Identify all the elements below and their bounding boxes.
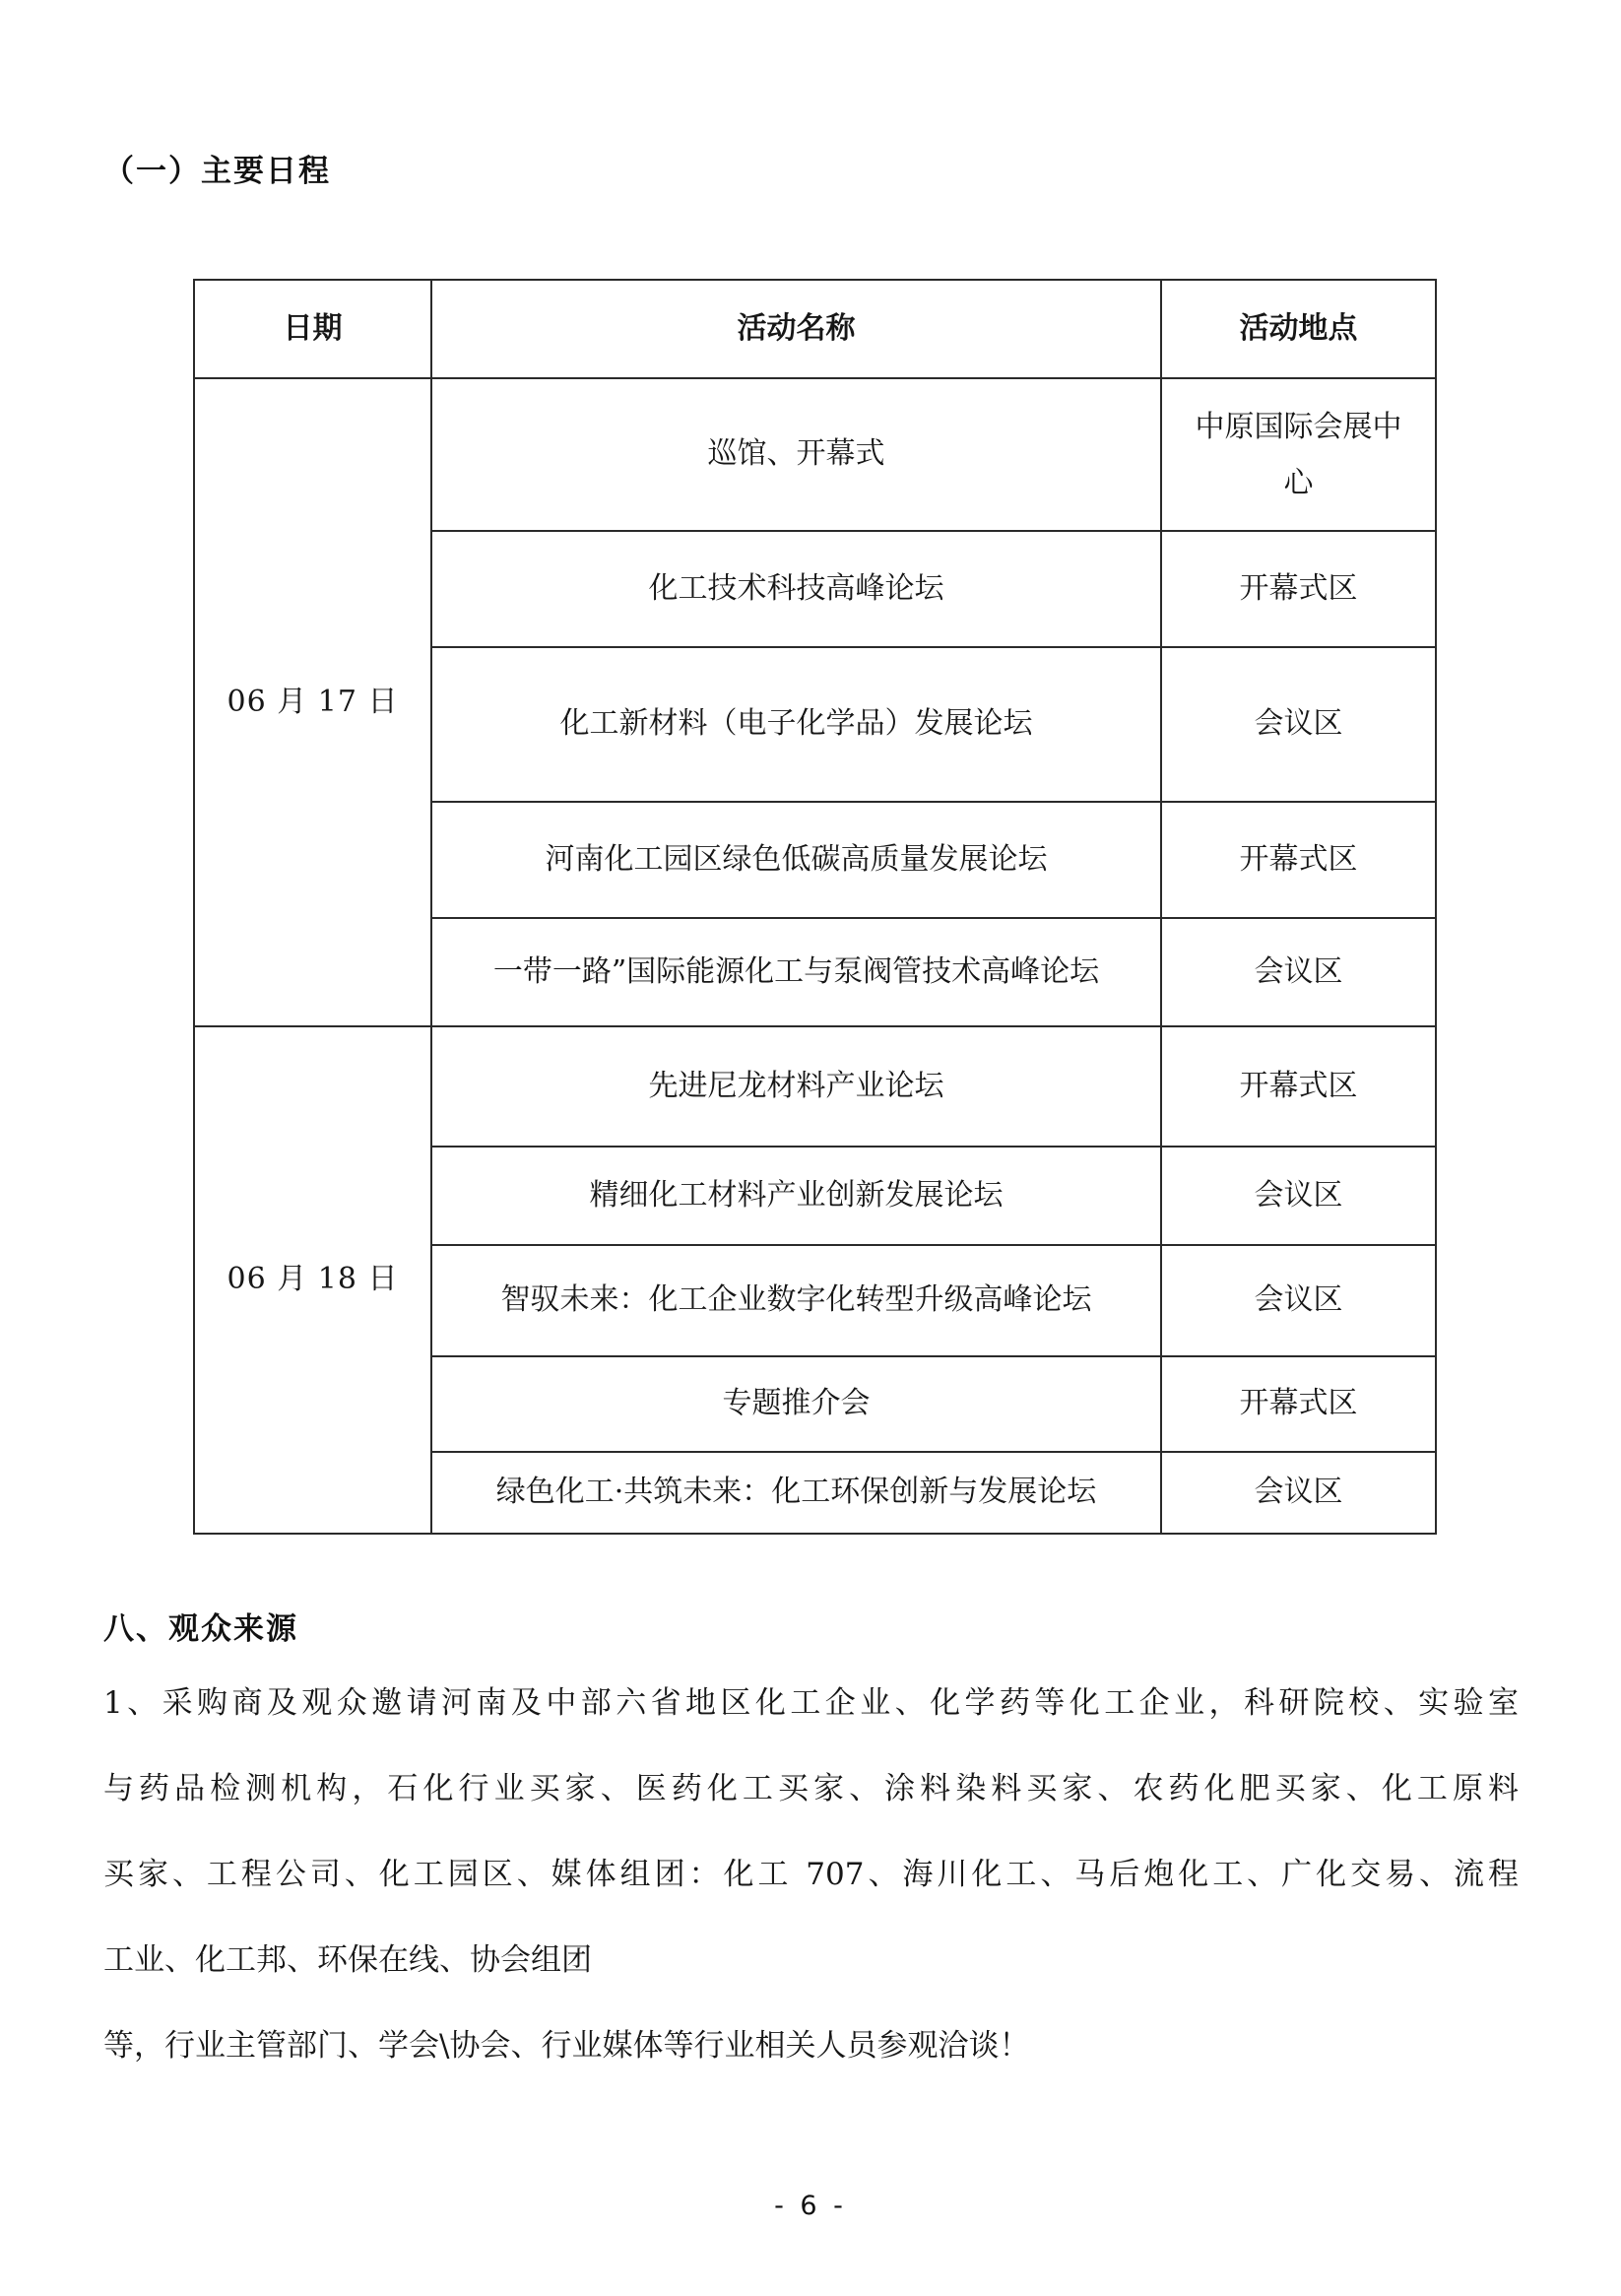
location-text: 中原国际会展中心 [1185,399,1413,511]
activity-cell: 化工新材料（电子化学品）发展论坛 [431,647,1161,802]
location-cell: 开幕式区 [1161,1026,1436,1147]
location-cell: 会议区 [1161,918,1436,1026]
paragraph-line: 工业、化工邦、环保在线、协会组团 [103,1937,1519,2023]
activity-cell: 绿色化工·共筑未来：化工环保创新与发展论坛 [431,1452,1161,1534]
table-row: 06 月 17 日 巡馆、开幕式 中原国际会展中心 [194,378,1436,531]
col-header-activity: 活动名称 [431,280,1161,378]
table-header-row: 日期 活动名称 活动地点 [194,280,1436,378]
activity-cell: 智驭未来：化工企业数字化转型升级高峰论坛 [431,1245,1161,1356]
col-header-location: 活动地点 [1161,280,1436,378]
location-cell: 会议区 [1161,1452,1436,1534]
activity-cell: 专题推介会 [431,1356,1161,1452]
activity-cell: 巡馆、开幕式 [431,378,1161,531]
activity-cell: 精细化工材料产业创新发展论坛 [431,1147,1161,1245]
location-cell: 中原国际会展中心 [1161,378,1436,531]
col-header-date: 日期 [194,280,431,378]
date-cell-jun17: 06 月 17 日 [194,378,431,1026]
activity-cell: 河南化工园区绿色低碳高质量发展论坛 [431,802,1161,918]
date-cell-jun18: 06 月 18 日 [194,1026,431,1534]
paragraph-line: 买家、工程公司、化工园区、媒体组团：化工 707、海川化工、马后炮化工、广化交易… [103,1852,1519,1937]
activity-cell: 一带一路”国际能源化工与泵阀管技术高峰论坛 [431,918,1161,1026]
paragraph-line: 等，行业主管部门、学会\协会、行业媒体等行业相关人员参观洽谈！ [103,2023,1519,2109]
location-cell: 开幕式区 [1161,802,1436,918]
location-cell: 会议区 [1161,1245,1436,1356]
location-cell: 会议区 [1161,647,1436,802]
table-row: 06 月 18 日 先进尼龙材料产业论坛 开幕式区 [194,1026,1436,1147]
document-page: （一）主要日程 日期 活动名称 活动地点 06 月 17 日 巡馆、开幕式 中原… [0,0,1621,2296]
paragraph-line: 与药品检测机构，石化行业买家、医药化工买家、涂料染料买家、农药化肥买家、化工原料 [103,1766,1519,1852]
location-cell: 会议区 [1161,1147,1436,1245]
section-title-schedule: （一）主要日程 [103,146,331,190]
paragraph-line: 1、采购商及观众邀请河南及中部六省地区化工企业、化学药等化工企业，科研院校、实验… [103,1680,1519,1766]
schedule-table: 日期 活动名称 活动地点 06 月 17 日 巡馆、开幕式 中原国际会展中心 化… [193,279,1437,1535]
location-cell: 开幕式区 [1161,531,1436,647]
location-cell: 开幕式区 [1161,1356,1436,1452]
audience-paragraph: 1、采购商及观众邀请河南及中部六省地区化工企业、化学药等化工企业，科研院校、实验… [103,1680,1519,2109]
section-title-audience: 八、观众来源 [103,1604,298,1648]
activity-cell: 先进尼龙材料产业论坛 [431,1026,1161,1147]
activity-cell: 化工技术科技高峰论坛 [431,531,1161,647]
page-number: - 6 - [0,2191,1621,2221]
